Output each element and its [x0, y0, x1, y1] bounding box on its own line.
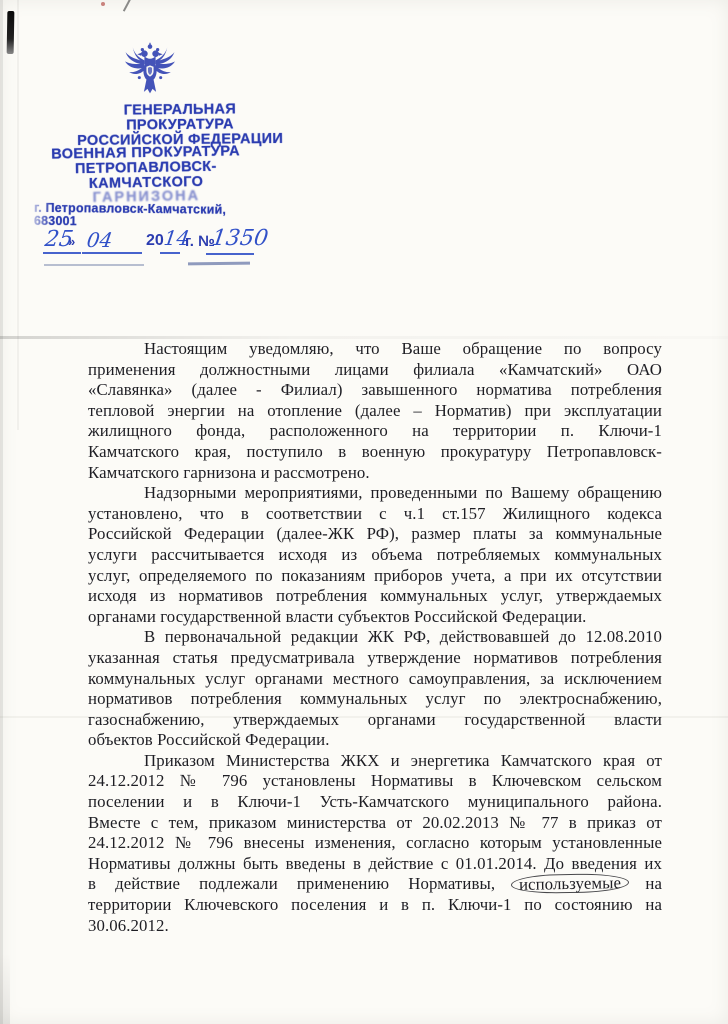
paragraph-2: Надзорными мероприятиями, проведенными п…	[88, 483, 662, 627]
text-line: жилищного фонда, расположенного на терри…	[88, 421, 662, 442]
text-line: Российской Федерации (далее-ЖК РФ), разм…	[88, 524, 662, 545]
form-rule-left	[44, 264, 144, 266]
date-underline-2	[82, 252, 142, 254]
text-line: поселении и в Ключи-1 Усть-Камчатского м…	[88, 792, 662, 813]
text-line: тепловой энергии на отопление (далее – Н…	[88, 401, 662, 422]
letterhead-stamp: ГЕНЕРАЛЬНАЯ ПРОКУРАТУРА РОССИЙСКОЙ ФЕДЕР…	[0, 0, 320, 290]
text-line: В первоначальной редакции ЖК РФ, действо…	[88, 627, 662, 648]
stamp-unit-line2: ПЕТРОПАВЛОВСК-КАМЧАТСКОГО	[24, 159, 268, 193]
circled-line-after: на	[645, 874, 662, 893]
text-line: услуг, определяемого по показаниям прибо…	[88, 566, 662, 587]
text-line: Приказом Министерства ЖКХ и энергетика К…	[88, 751, 662, 772]
corner-shadow	[0, 954, 10, 1024]
text-line: нормативов потребления коммунальных услу…	[88, 689, 662, 710]
stamp-org-line1: ГЕНЕРАЛЬНАЯ ПРОКУРАТУРА	[70, 102, 290, 134]
stamp-org-name: ГЕНЕРАЛЬНАЯ ПРОКУРАТУРА РОССИЙСКОЙ ФЕДЕР…	[70, 102, 290, 149]
date-underline-1	[43, 252, 81, 254]
stamp-unit-name: ВОЕННАЯ ПРОКУРАТУРА ПЕТРОПАВЛОВСК-КАМЧАТ…	[24, 144, 269, 207]
text-line: газоснабжению, утверждаемых органами гос…	[88, 710, 662, 731]
paragraph-3: В первоначальной редакции ЖК РФ, действо…	[88, 627, 662, 751]
text-line: Нормативы должны быть введены в действие…	[88, 854, 662, 875]
scanned-letter-page: ГЕНЕРАЛЬНАЯ ПРОКУРАТУРА РОССИЙСКОЙ ФЕДЕР…	[0, 0, 728, 1024]
stamp-close-quote: »	[68, 234, 75, 249]
paragraph-4: Приказом Министерства ЖКХ и энергетика К…	[88, 751, 662, 936]
text-line: территории Ключевского поселения и в п. …	[88, 895, 662, 916]
text-line: указанная статья предусматривала утвержд…	[88, 648, 662, 669]
text-line: 30.06.2012.	[88, 916, 662, 937]
text-line: услуги рассчитывается исходя из объема п…	[88, 545, 662, 566]
handwritten-month: 04	[85, 228, 114, 252]
text-line: 24.12.2012 № 796 внесены изменения, согл…	[88, 833, 662, 854]
text-line: исходя из нормативов потребления коммуна…	[88, 586, 662, 607]
paragraph-1: Настоящим уведомляю, что Ваше обращение …	[88, 339, 662, 483]
text-line: Вместе с тем, приказом министерства от 2…	[88, 813, 662, 834]
text-line: коммунальных услуг органами местного сам…	[88, 669, 662, 690]
text-line: установлено, что в соответствии с ч.1 ст…	[88, 504, 662, 525]
text-line: применения должностными лицами филиала «…	[88, 360, 662, 381]
stamp-year-prefix: 20	[146, 232, 164, 250]
date-underline-4	[206, 253, 254, 255]
text-line: органами государственной власти субъекто…	[88, 607, 662, 628]
text-line-with-circled-word: в действие подлежали применению Норматив…	[88, 874, 662, 895]
double-headed-eagle-icon	[121, 42, 179, 98]
text-line: Камчатского края, поступило в военную пр…	[88, 442, 662, 463]
text-line: «Славянка» (далее - Филиал) завышенного …	[88, 380, 662, 401]
text-line: Надзорными мероприятиями, проведенными п…	[88, 483, 662, 504]
letter-body: Настоящим уведомляю, что Ваше обращение …	[88, 339, 662, 936]
text-line: 24.12.2012 № 796 установлены Нормативы в…	[88, 771, 662, 792]
handwritten-doc-number: 1350	[210, 226, 270, 251]
date-underline-3	[160, 252, 180, 254]
text-line: объектов Российской Федерации.	[88, 730, 662, 751]
circled-word: используемые	[511, 873, 629, 894]
circled-line-before: в действие подлежали применению Норматив…	[88, 874, 495, 893]
text-line: Настоящим уведомляю, что Ваше обращение …	[88, 339, 662, 360]
form-rule-right	[188, 262, 250, 266]
text-line: Камчатского гарнизона и рассмотрено.	[88, 463, 662, 484]
